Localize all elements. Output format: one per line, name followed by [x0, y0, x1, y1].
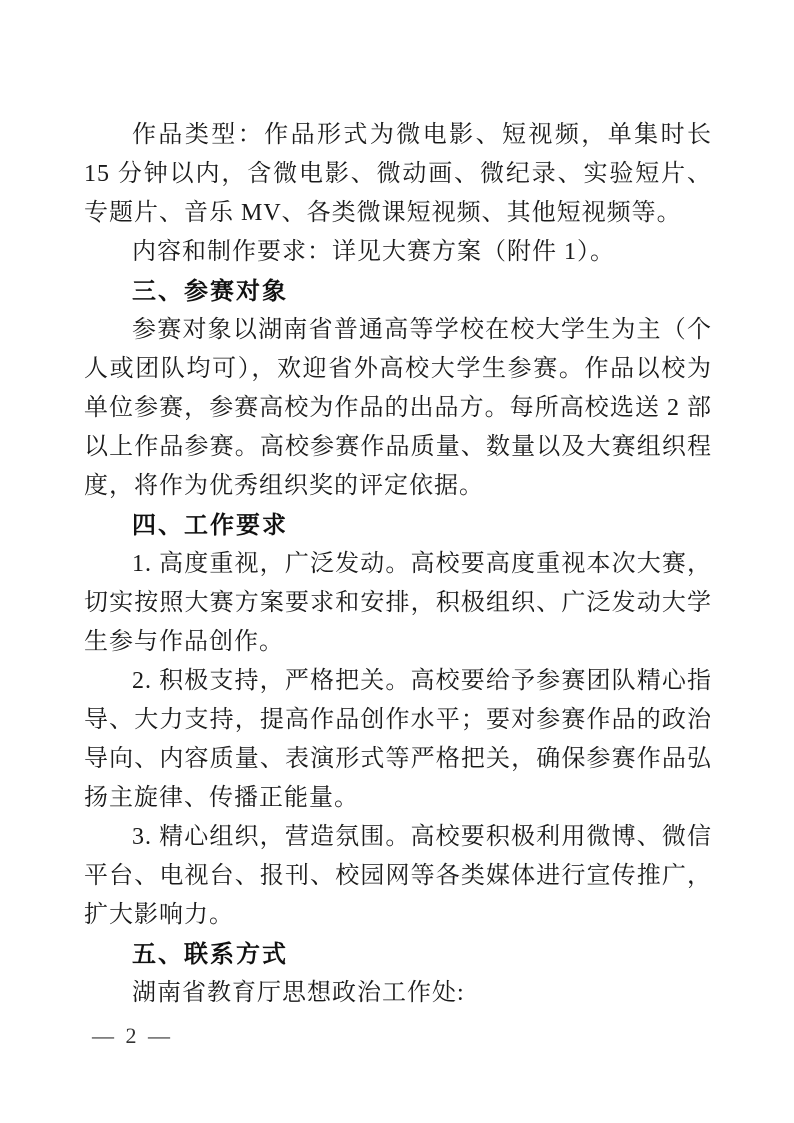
paragraph-content-requirements: 内容和制作要求：详见大赛方案（附件 1）。	[84, 233, 712, 272]
section-heading-contact: 五、联系方式	[84, 935, 712, 974]
document-body: 作品类型：作品形式为微电影、短视频，单集时长 15 分钟以内，含微电影、微动画、…	[84, 116, 712, 1013]
paragraph-participants: 参赛对象以湖南省普通高等学校在校大学生为主（个人或团队均可），欢迎省外高校大学生…	[84, 311, 712, 506]
section-heading-participants: 三、参赛对象	[84, 272, 712, 311]
section-heading-work-demands: 四、工作要求	[84, 506, 712, 545]
page-number: — 2 —	[92, 1023, 173, 1049]
paragraph-demand-1: 1. 高度重视，广泛发动。高校要高度重视本次大赛，切实按照大赛方案要求和安排，积…	[84, 545, 712, 662]
paragraph-contact-office: 湖南省教育厅思想政治工作处:	[84, 974, 712, 1013]
paragraph-demand-2: 2. 积极支持，严格把关。高校要给予参赛团队精心指导、大力支持，提高作品创作水平…	[84, 662, 712, 818]
paragraph-demand-3: 3. 精心组织，营造氛围。高校要积极利用微博、微信平台、电视台、报刊、校园网等各…	[84, 818, 712, 935]
paragraph-work-types: 作品类型：作品形式为微电影、短视频，单集时长 15 分钟以内，含微电影、微动画、…	[84, 116, 712, 233]
document-page: 作品类型：作品形式为微电影、短视频，单集时长 15 分钟以内，含微电影、微动画、…	[0, 0, 794, 1123]
